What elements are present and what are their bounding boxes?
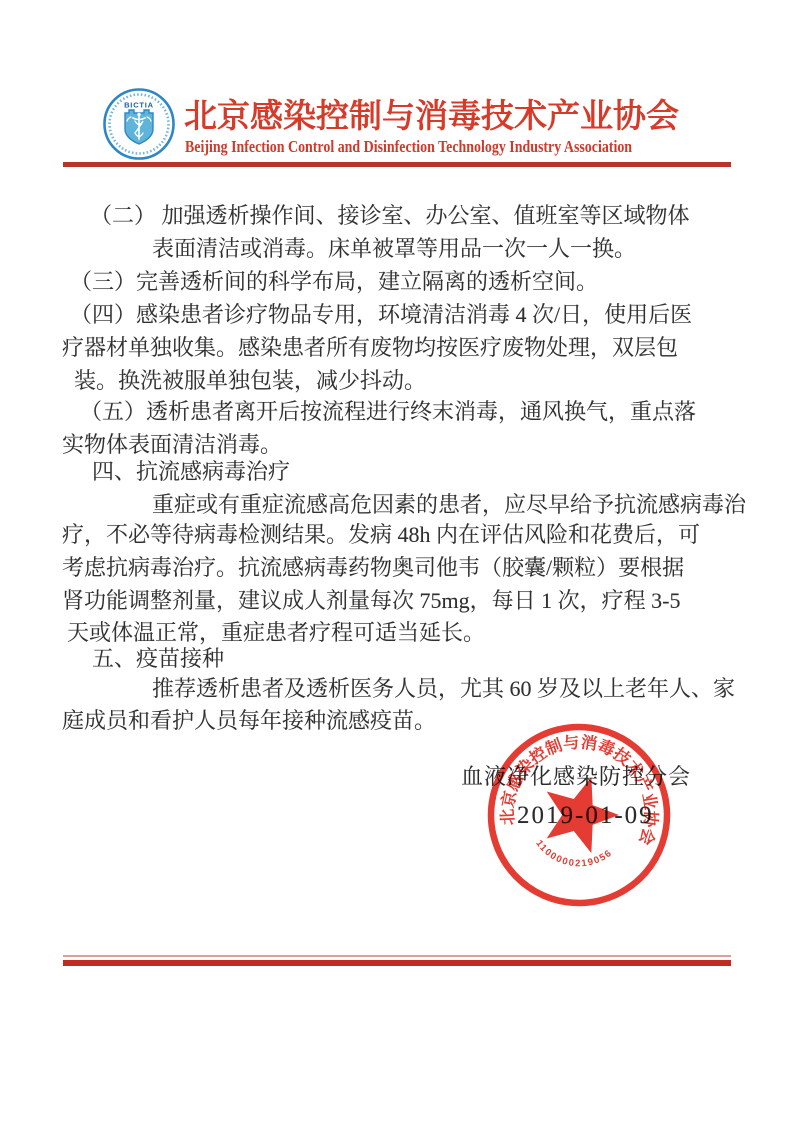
document-section-heading: 四、抗流感病毒治疗 bbox=[92, 459, 290, 485]
document-line: （三）完善透析间的科学布局，建立隔离的透析空间。 bbox=[70, 269, 598, 295]
svg-text:1100000219056: 1100000219056 bbox=[531, 837, 616, 875]
document-line: 疗，不必等待病毒检测结果。发病 48h 内在评估风险和花费后，可 bbox=[62, 522, 700, 548]
document-section-heading: 五、疫苗接种 bbox=[92, 646, 224, 672]
document-line: 肾功能调整剂量，建议成人剂量每次 75mg，每日 1 次，疗程 3-5 bbox=[62, 588, 680, 614]
document-line: 考虑抗病毒治疗。抗流感病毒药物奥司他韦（胶囊/颗粒）要根据 bbox=[62, 555, 684, 581]
header-rule bbox=[63, 162, 731, 167]
document-line: 装。换洗被服单独包装，减少抖动。 bbox=[74, 368, 426, 394]
footer-rule-thin bbox=[63, 955, 731, 957]
document-line: 天或体温正常，重症患者疗程可适当延长。 bbox=[67, 620, 485, 646]
seal-serial-number: 1100000219056 bbox=[531, 837, 616, 875]
document-line: （五）透析患者离开后按流程进行终末消毒，通风换气，重点落 bbox=[80, 399, 696, 425]
document-line: （二） 加强透析操作间、接诊室、办公室、值班室等区域物体 bbox=[90, 203, 690, 229]
seal-star-icon bbox=[533, 765, 628, 857]
org-title-en: Beijing Infection Control and Disinfecti… bbox=[185, 137, 677, 157]
document-line: （四）感染患者诊疗物品专用，环境清洁消毒 4 次/日，使用后医 bbox=[70, 302, 692, 328]
association-logo-icon: BICTIA bbox=[102, 87, 176, 161]
document-line: 实物体表面清洁消毒。 bbox=[62, 432, 282, 458]
document-line: 表面清洁或消毒。床单被罩等用品一次一人一换。 bbox=[152, 236, 636, 262]
document-line: 推荐透析患者及透析医务人员，尤其 60 岁及以上老年人、家 bbox=[152, 676, 735, 702]
footer-rule-thick bbox=[63, 960, 731, 966]
document-line: 疗器材单独收集。感染患者所有废物均按医疗废物处理，双层包 bbox=[62, 335, 678, 361]
document-line: 庭成员和看护人员每年接种流感疫苗。 bbox=[62, 708, 436, 734]
official-seal: 北京感染控制与消毒技术产业协会 1100000219056 bbox=[486, 722, 672, 908]
document-line: 重症或有重症流感高危因素的患者，应尽早给予抗流感病毒治 bbox=[152, 492, 746, 518]
document-page: BICTIA 北京感染控制与消毒技术产业协会 Beijing Infection… bbox=[0, 0, 794, 1122]
logo-acronym: BICTIA bbox=[124, 101, 154, 110]
org-title-zh: 北京感染控制与消毒技术产业协会 bbox=[184, 90, 744, 137]
